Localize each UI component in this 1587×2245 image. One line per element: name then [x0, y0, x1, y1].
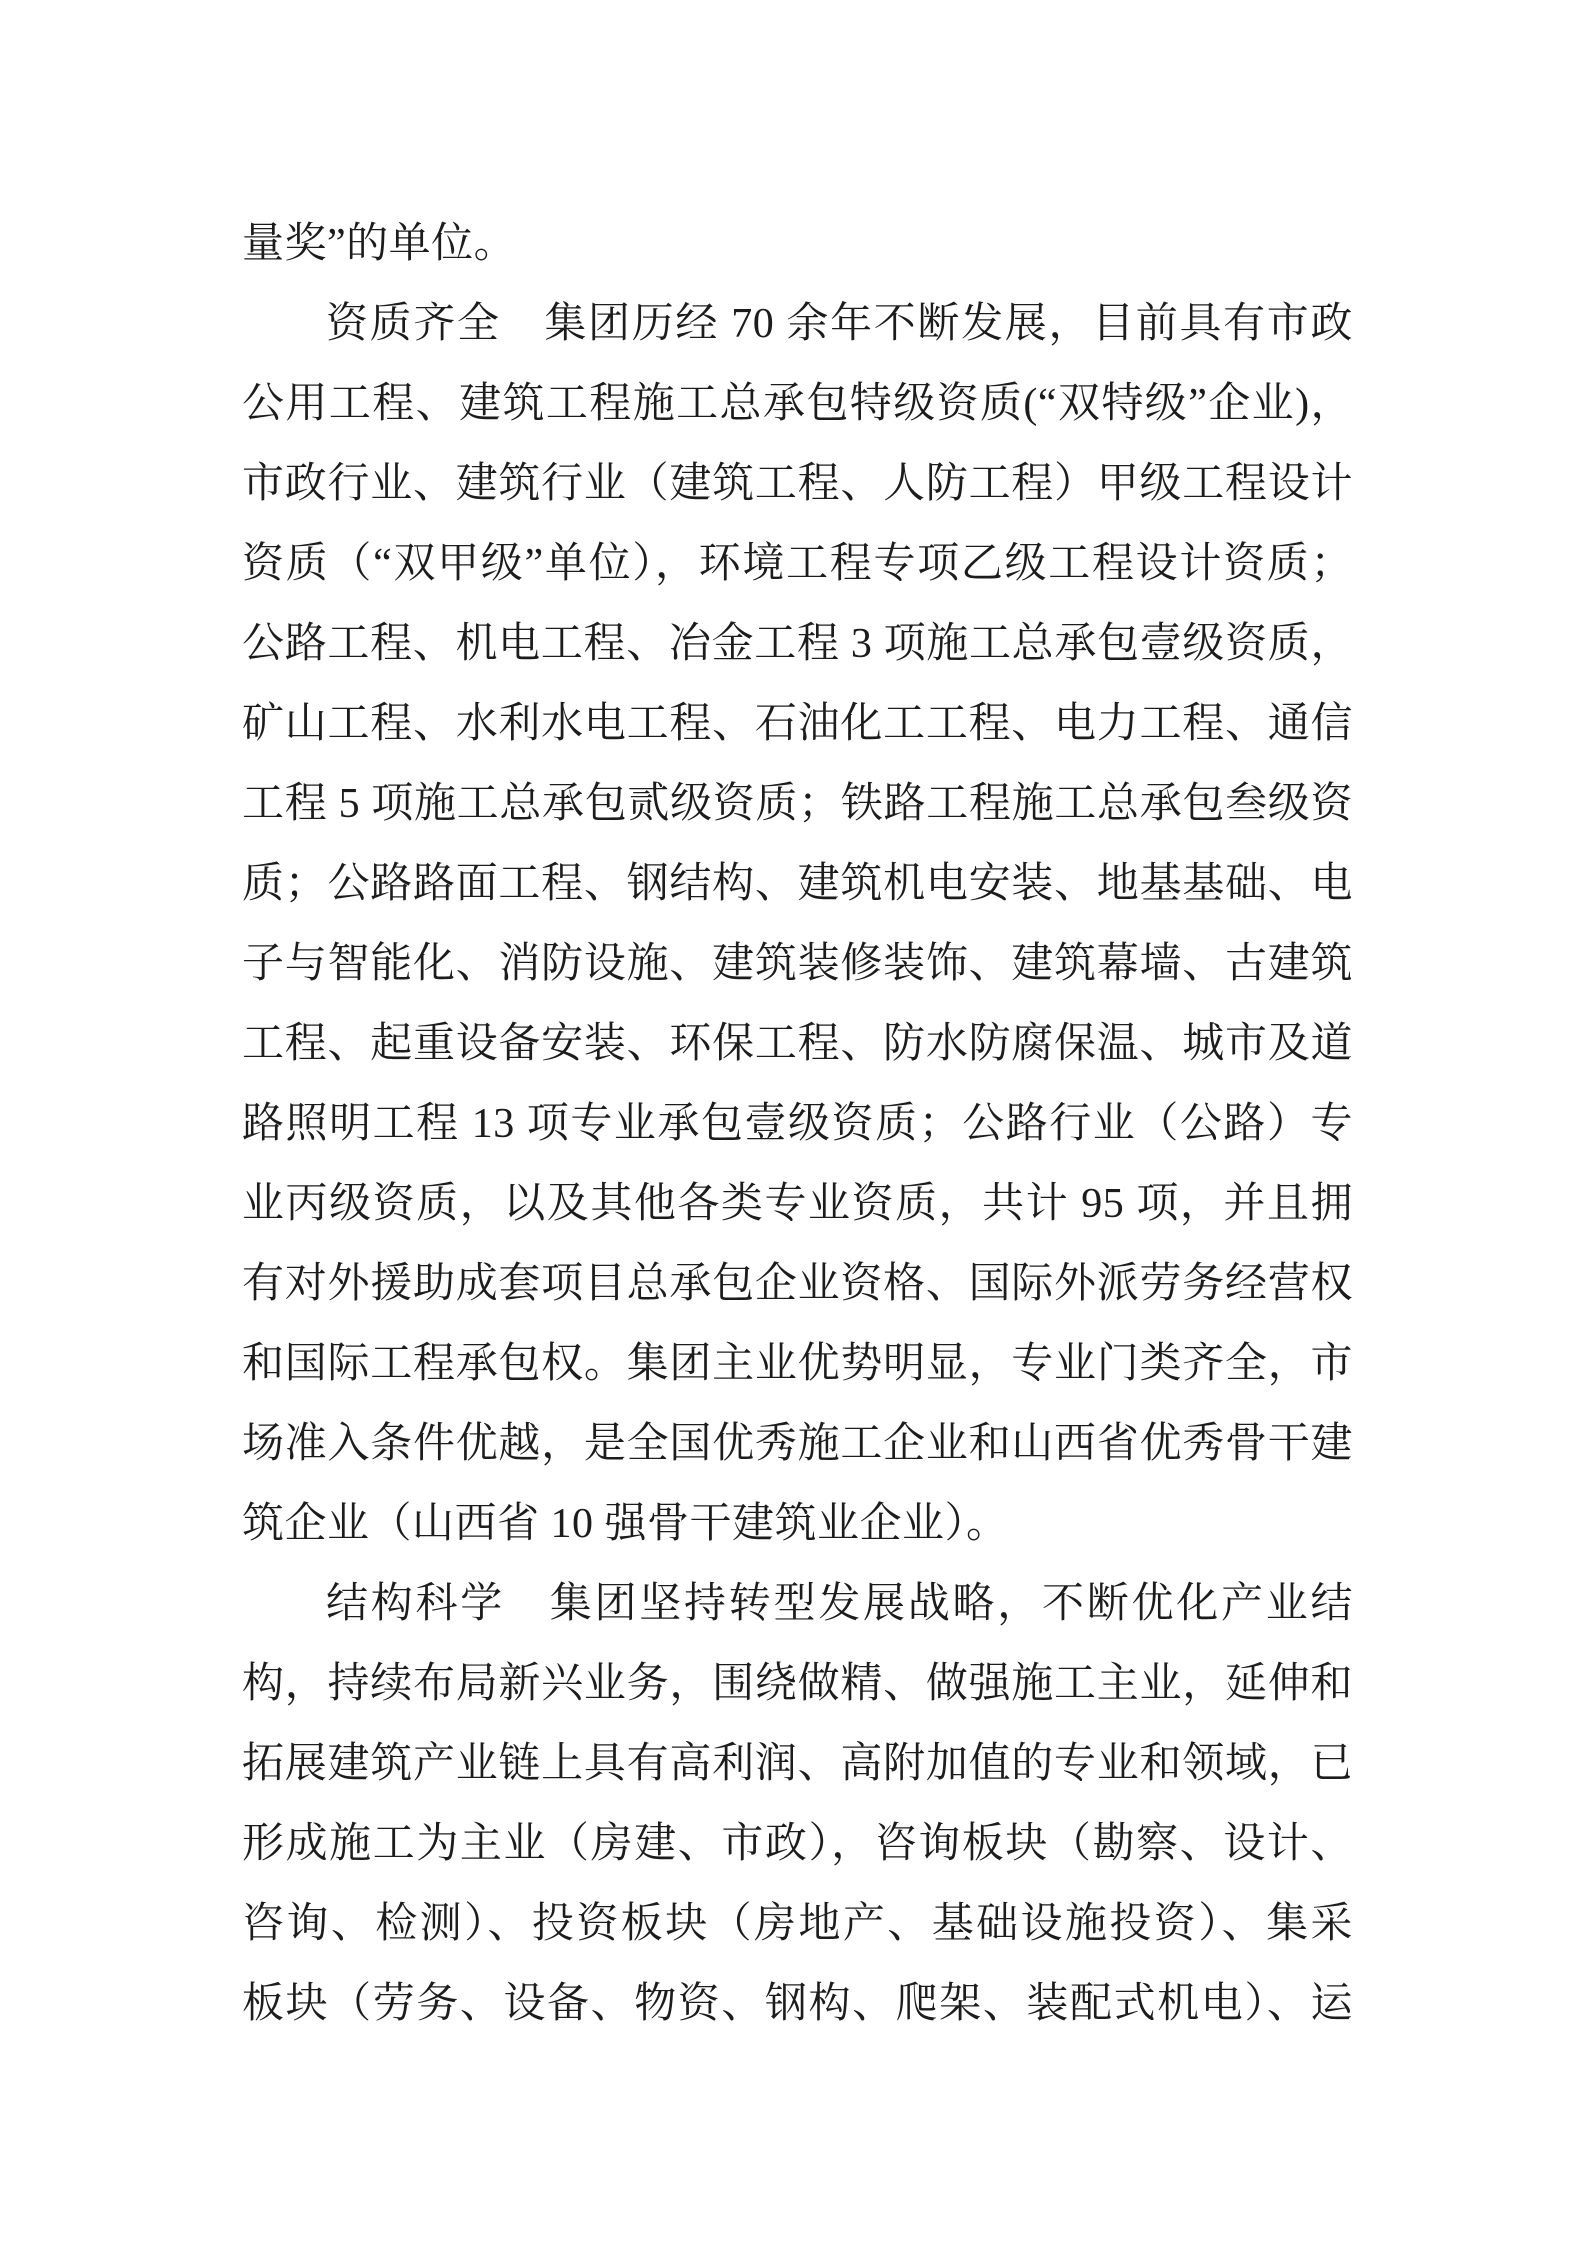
- text-line: 咨询、检测）、投资板块（房地产、基础设施投资）、集采: [242, 1884, 1353, 1964]
- text-line: 业丙级资质，以及其他各类专业资质，共计 95 项，并且拥: [242, 1164, 1353, 1244]
- document-page: 量奖”的单位。 资质齐全 集团历经 70 余年不断发展，目前具有市政 公用工程、…: [0, 0, 1587, 2245]
- text-line: 公用工程、建筑工程施工总承包特级资质(“双特级”企业)，: [242, 364, 1353, 444]
- text-line: 拓展建筑产业链上具有高利润、高附加值的专业和领域，已: [242, 1724, 1353, 1804]
- text-line: 工程 5 项施工总承包贰级资质；铁路工程施工总承包叁级资: [242, 764, 1353, 844]
- text-line: 路照明工程 13 项专业承包壹级资质；公路行业（公路）专: [242, 1084, 1353, 1164]
- text-body: 量奖”的单位。 资质齐全 集团历经 70 余年不断发展，目前具有市政 公用工程、…: [242, 204, 1353, 2044]
- text-line: 资质（“双甲级”单位），环境工程专项乙级工程设计资质；: [242, 524, 1353, 604]
- paragraph: 结构科学 集团坚持转型发展战略，不断优化产业结 构，持续布局新兴业务，围绕做精、…: [242, 1564, 1353, 2044]
- paragraph: 量奖”的单位。: [242, 204, 1353, 284]
- text-line: 和国际工程承包权。集团主业优势明显，专业门类齐全，市: [242, 1324, 1353, 1404]
- text-line: 质；公路路面工程、钢结构、建筑机电安装、地基基础、电: [242, 844, 1353, 924]
- text-line: 场准入条件优越，是全国优秀施工企业和山西省优秀骨干建: [242, 1404, 1353, 1484]
- text-line: 资质齐全 集团历经 70 余年不断发展，目前具有市政: [242, 284, 1353, 364]
- text-line: 市政行业、建筑行业（建筑工程、人防工程）甲级工程设计: [242, 444, 1353, 524]
- text-line: 构，持续布局新兴业务，围绕做精、做强施工主业，延伸和: [242, 1644, 1353, 1724]
- paragraph: 资质齐全 集团历经 70 余年不断发展，目前具有市政 公用工程、建筑工程施工总承…: [242, 284, 1353, 1564]
- text-line: 子与智能化、消防设施、建筑装修装饰、建筑幕墙、古建筑: [242, 924, 1353, 1004]
- text-line: 板块（劳务、设备、物资、钢构、爬架、装配式机电）、运: [242, 1964, 1353, 2044]
- text-line: 结构科学 集团坚持转型发展战略，不断优化产业结: [242, 1564, 1353, 1644]
- text-line: 公路工程、机电工程、冶金工程 3 项施工总承包壹级资质，: [242, 604, 1353, 684]
- text-line: 形成施工为主业（房建、市政），咨询板块（勘察、设计、: [242, 1804, 1353, 1884]
- text-line: 工程、起重设备安装、环保工程、防水防腐保温、城市及道: [242, 1004, 1353, 1084]
- text-line: 有对外援助成套项目总承包企业资格、国际外派劳务经营权: [242, 1244, 1353, 1324]
- text-line: 筑企业（山西省 10 强骨干建筑业企业）。: [242, 1484, 1353, 1564]
- text-line: 量奖”的单位。: [242, 204, 1353, 284]
- text-line: 矿山工程、水利水电工程、石油化工工程、电力工程、通信: [242, 684, 1353, 764]
